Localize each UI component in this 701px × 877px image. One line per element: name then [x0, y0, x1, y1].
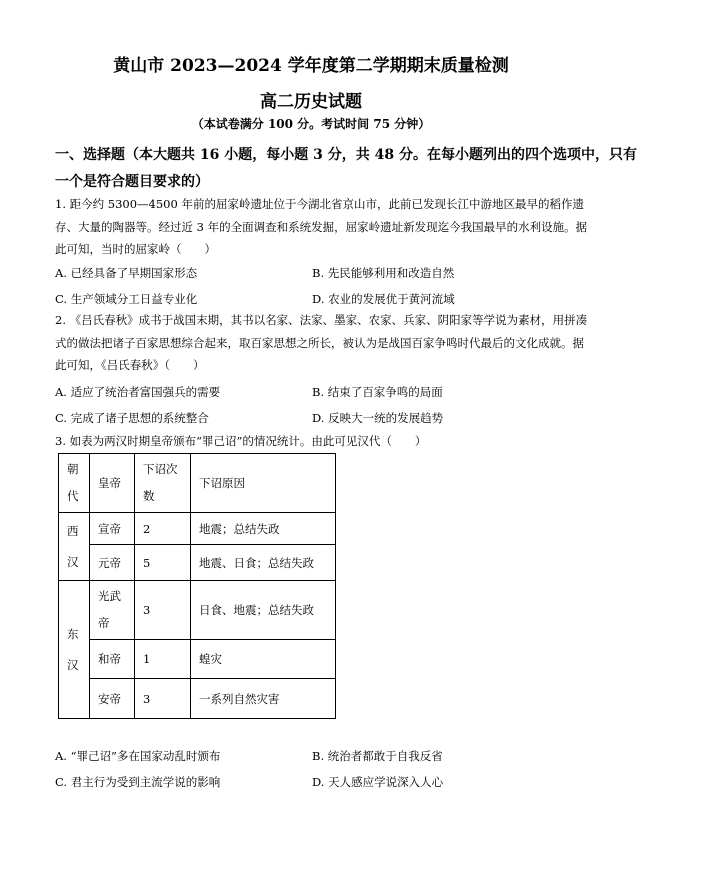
- question-1-text: 1. 距今约 5300—4500 年前的屈家岭遗址位于今湖北省京山市，此前已发现…: [55, 193, 587, 261]
- emperor-cell: 和帝: [90, 640, 135, 679]
- emperor-cell: 元帝: [90, 545, 135, 581]
- count-cell: 5: [135, 545, 191, 581]
- emperor-cell: 光武帝: [90, 581, 135, 640]
- q2-option-d: D. 反映大一统的发展趋势: [312, 405, 443, 431]
- q2-option-c: C. 完成了诸子思想的系统整合: [55, 405, 312, 431]
- count-cell: 2: [135, 513, 191, 545]
- dynasty-cell: 东汉: [59, 581, 90, 719]
- question-line: 存、大量的陶器等。经过近 3 年的全面调查和系统发掘，屈家岭遗址新发现迄今我国最…: [55, 216, 587, 239]
- section-header-line-2: 一个是符合题目要求的）: [55, 169, 637, 196]
- q3-option-a: A. “罪己诏”多在国家动乱时颁布: [55, 743, 312, 769]
- emperor-cell: 宣帝: [90, 513, 135, 545]
- emperor-cell: 安帝: [90, 679, 135, 719]
- question-2-text: 2. 《吕氏春秋》成书于战国末期，其书以名家、法家、墨家、农家、兵家、阴阳家等学…: [55, 309, 587, 377]
- q2-option-a: A. 适应了统治者富国强兵的需要: [55, 379, 312, 405]
- exam-content-column: 黄山市 2023—2024 学年度第二学期期末质量检测 高二历史试题 （本试卷满…: [55, 0, 567, 877]
- edict-statistics-table: 朝代 皇帝 下诏次数 下诏原因 西汉 宣帝 2 地震；总结失政 元帝 5 地震、…: [58, 453, 336, 719]
- count-cell: 3: [135, 679, 191, 719]
- section-header-line-1: 一、选择题（本大题共 16 小题，每小题 3 分，共 48 分。在每小题列出的四…: [55, 142, 637, 169]
- question-3-options: A. “罪己诏”多在国家动乱时颁布 B. 统治者都敢于自我反省 C. 君主行为受…: [55, 743, 443, 795]
- reason-cell: 蝗灾: [191, 640, 336, 679]
- table-header-count: 下诏次数: [135, 454, 191, 513]
- count-cell: 3: [135, 581, 191, 640]
- reason-cell: 一系列自然灾害: [191, 679, 336, 719]
- table-header-reason: 下诏原因: [191, 454, 336, 513]
- exam-title: 黄山市 2023—2024 学年度第二学期期末质量检测: [55, 51, 567, 76]
- dynasty-cell: 西汉: [59, 513, 90, 581]
- question-3-text: 3. 如表为两汉时期皇帝颁布“罪己诏”的情况统计。由此可见汉代（ ）: [55, 430, 426, 453]
- exam-info: （本试卷满分 100 分。考试时间 75 分钟）: [55, 115, 567, 132]
- reason-cell: 地震、日食；总结失政: [191, 545, 336, 581]
- exam-paper-page: 黄山市 2023—2024 学年度第二学期期末质量检测 高二历史试题 （本试卷满…: [0, 0, 701, 877]
- question-line: 此可知，《吕氏春秋》（ ）: [55, 354, 587, 377]
- question-line: 式的做法把诸子百家思想综合起来，取百家思想之所长，被认为是战国百家争鸣时代最后的…: [55, 332, 587, 355]
- section-header: 一、选择题（本大题共 16 小题，每小题 3 分，共 48 分。在每小题列出的四…: [55, 142, 637, 196]
- question-line: 此可知，当时的屈家岭（ ）: [55, 238, 587, 261]
- q3-option-d: D. 天人感应学说深入人心: [312, 769, 443, 795]
- reason-cell: 地震；总结失政: [191, 513, 336, 545]
- exam-subtitle: 高二历史试题: [55, 87, 567, 112]
- q3-option-b: B. 统治者都敢于自我反省: [312, 743, 443, 769]
- q3-option-c: C. 君主行为受到主流学说的影响: [55, 769, 312, 795]
- q1-option-b: B. 先民能够利用和改造自然: [312, 260, 455, 286]
- question-1-options: A. 已经具备了早期国家形态 B. 先民能够利用和改造自然 C. 生产领域分工日…: [55, 260, 455, 312]
- table-header-dynasty: 朝代: [59, 454, 90, 513]
- q1-option-a: A. 已经具备了早期国家形态: [55, 260, 312, 286]
- q2-option-b: B. 结束了百家争鸣的局面: [312, 379, 443, 405]
- reason-cell: 日食、地震；总结失政: [191, 581, 336, 640]
- table-header-emperor: 皇帝: [90, 454, 135, 513]
- question-line: 2. 《吕氏春秋》成书于战国末期，其书以名家、法家、墨家、农家、兵家、阴阳家等学…: [55, 309, 587, 332]
- question-2-options: A. 适应了统治者富国强兵的需要 B. 结束了百家争鸣的局面 C. 完成了诸子思…: [55, 379, 443, 431]
- question-line: 1. 距今约 5300—4500 年前的屈家岭遗址位于今湖北省京山市，此前已发现…: [55, 193, 587, 216]
- count-cell: 1: [135, 640, 191, 679]
